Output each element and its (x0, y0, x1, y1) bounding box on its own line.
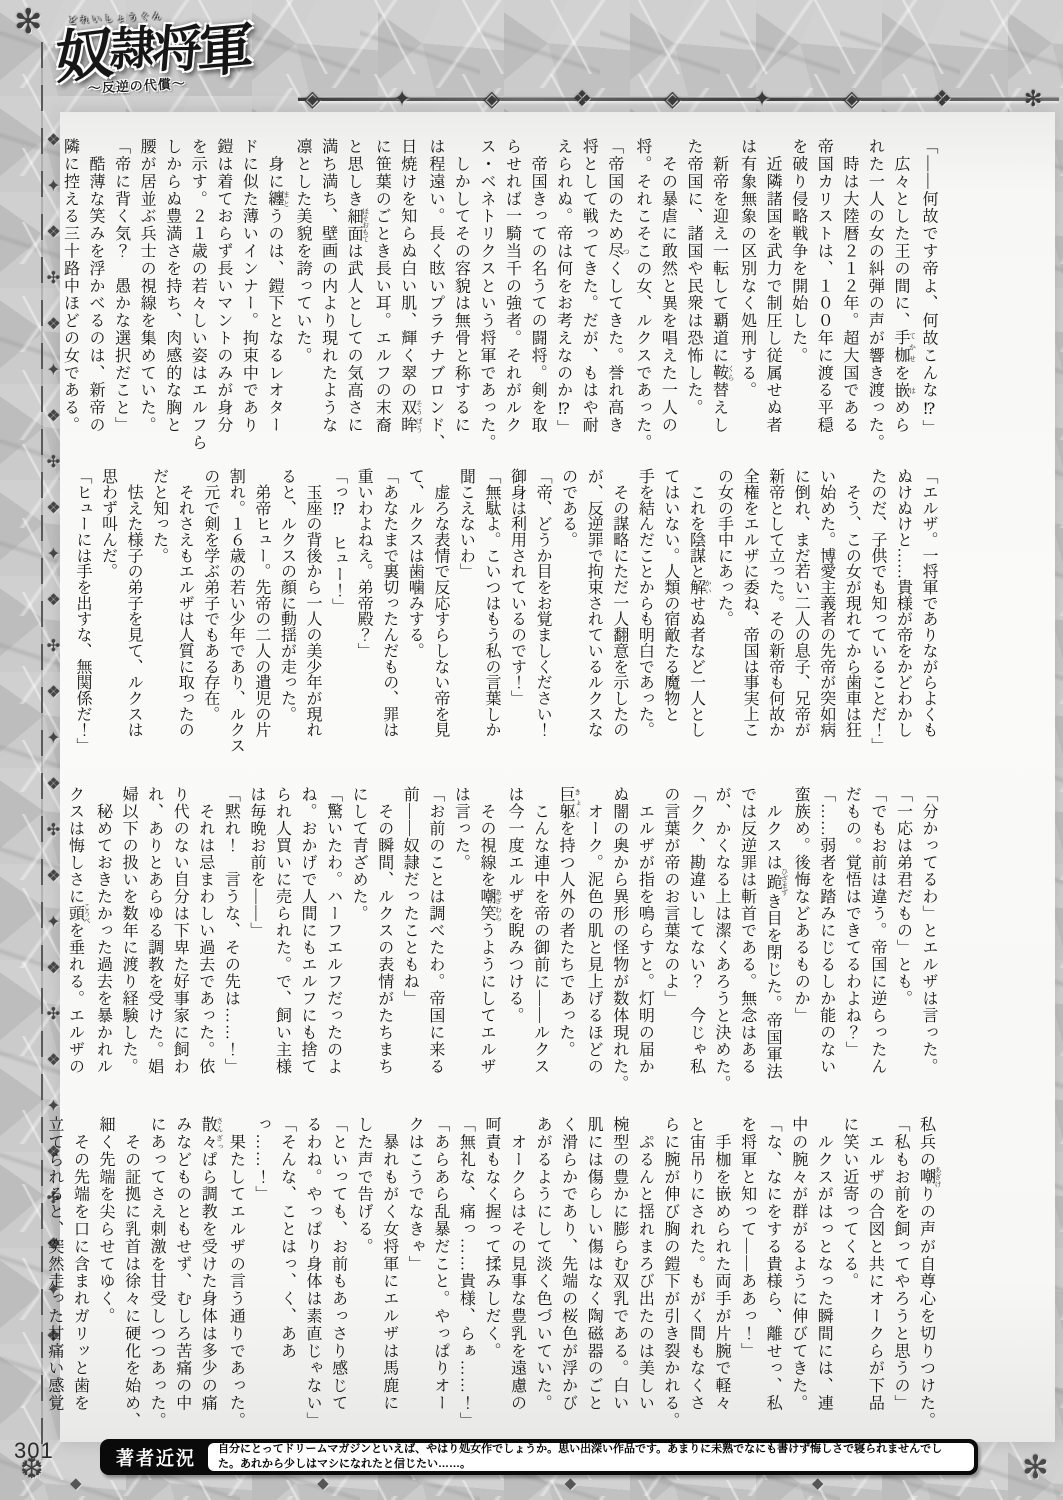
text-column: れた一人の女の糾弾の声が響き渡った。 (862, 138, 888, 452)
text-column: 暴れもがく女将軍にエルザは馬鹿に (376, 1116, 402, 1430)
text-column: に笹葉のごとき長い耳。エルフの末裔 (369, 138, 395, 452)
text-column: て、ルクスは歯噛みする。 (402, 468, 428, 755)
text-column: 手を結んだことからも明白であった。 (632, 468, 658, 755)
text-column: 満ち満ち、壁画の内より現れたような (315, 138, 341, 452)
text-column: に倒れ、まだ若い二人の息子、兄帝が (788, 468, 814, 755)
text-column: は有象無象の区別なく処刑する。 (734, 138, 760, 452)
text-column: みなどものともせず、むしろ苦痛の中 (169, 1116, 195, 1430)
series-logo: どれいしょうぐん 奴隷将軍 〜反逆の代償〜 (54, 2, 308, 99)
text-column: 「――何故です帝よ、何故こんな⁉」 (915, 138, 941, 452)
text-column: ね。おかげで人間にもエルフにも捨て (294, 786, 320, 1094)
text-column: 「無礼な、痛っ……貴様、らぁ……！」 (453, 1116, 479, 1430)
text-column: 「一応は弟君だもの」とも。 (890, 786, 916, 1094)
text-column: それさえもエルザは人質に取ったの (172, 468, 198, 755)
text-band-4: 私兵の嘲あざけりの声が自尊心を切りつけた。「私もお前を飼ってやろうと思うの」 エ… (72, 1116, 941, 1430)
text-column: 「帝に背く気？ 愚かな選択だこと」 (108, 138, 134, 452)
text-column: しかしてその容貌は無骨と称するに (448, 138, 474, 452)
text-column: ぷるんと揺れまろび出たのは美しい (632, 1116, 658, 1430)
text-column: 果たしてエルザの言う通りであった。 (223, 1116, 249, 1430)
text-column: り代のない自分は下卑た好事家に飼わ (167, 786, 193, 1094)
chain-glyphs-icon: ◈✦◈❖◈✦◈❖✻ (304, 86, 1063, 112)
text-column: 御身は利用されているのです！」 (504, 468, 530, 755)
text-column: その瞬間、ルクスの表情がたちまち (371, 786, 397, 1094)
text-column: では反逆罪は斬首である。無念はある (734, 786, 760, 1094)
text-column: オーク。泥色の肌と見上げるほどの (581, 786, 607, 1094)
text-column: 玉座の背後から一人の美少年が現れ (299, 468, 325, 755)
text-column: 近隣諸国を武力で制圧し従属せぬ者 (760, 138, 786, 452)
text-column: 全権をエルザに委ね、帝国は事実上こ (737, 468, 763, 755)
text-column: 思わず叫んだ。 (95, 468, 121, 755)
text-column: 腰が居並ぶ兵士の視線を集めていた。 (134, 138, 160, 452)
text-column: と思しき細面ほそおもては武人としての気高さに (341, 138, 369, 452)
text-column: 帝国カリストは、１００年に渡る平穏 (811, 138, 837, 452)
text-column: それは忌まわしい過去であった。依 (192, 786, 218, 1094)
text-column: 新帝として立った。その新帝も何故か (762, 468, 788, 755)
text-column: を示す。２１歳の若々しい姿はエルフら (185, 138, 211, 452)
text-column: 鎧は着ておらず長いマントのみが身分 (210, 138, 236, 452)
text-column: れ、ありとあらゆる調教を受けた。娼 (141, 786, 167, 1094)
text-column: 帝国きっての名うての闘将。剣を取 (525, 138, 551, 452)
text-column: その謀略にただ一人翻意を示したの (606, 468, 632, 755)
text-column: エルザが指を鳴らすと。灯明の届か (632, 786, 658, 1094)
text-column: しからぬ豊満さを持ち、肉感的な胸と (159, 138, 185, 452)
text-column: の言葉が帝のお言葉なのよ」 (657, 786, 683, 1094)
text-column: ぬけぬけと……貴様が帝をかどわかし (890, 468, 916, 755)
text-column: は程遠い。長く眩いプラチナブロンド、 (422, 138, 448, 452)
text-column: の女の手中にあった。 (711, 468, 737, 755)
text-column: 怯えた様子の弟子を見て、ルクスは (121, 468, 147, 755)
text-column: 「あなたまで裏切ったんだもの、罪は (376, 468, 402, 755)
text-column: ルクスがはっとなった瞬間には、連 (811, 1116, 837, 1430)
text-column: 中の腕々が群がるように伸びてきた。 (785, 1116, 811, 1430)
text-column: 細く先端を尖らせてゆく。 (92, 1116, 118, 1430)
text-column: 「クク、勘違いしてない？ 今じゃ私 (683, 786, 709, 1094)
text-column: が、かくなる上は潔くあろうと決めた。 (708, 786, 734, 1094)
text-column: その先端を口に含まれガリッと歯を (67, 1116, 93, 1430)
text-column: の元で剣を学ぶ弟子でもある存在。 (197, 468, 223, 755)
text-column: 私兵の嘲あざけりの声が自尊心を切りつけた。 (913, 1116, 941, 1430)
text-column: 隣に控える三十路中ほどの女である。 (57, 138, 83, 452)
text-column: クスは悔しさに頭こうべを垂れる。エルザの (62, 786, 90, 1094)
text-column: 巨躯きょくを持つ人外の者たちであった。 (553, 786, 581, 1094)
text-column: だもの。覚悟はできてるわよね？」 (839, 786, 865, 1094)
bottom-border-ornament-icon: ◆ ◆ ◆ ◆ ◆ ◆ ◆ (70, 1472, 1063, 1496)
text-column: 「エルザ。一将軍でありながらよくも (915, 468, 941, 755)
author-note-bar: 著者近況 自分にとってドリームマガジンといえば、やはり処女作でしょうか。思い出深… (100, 1439, 978, 1475)
text-column: 肌には傷らしい傷はなく陶磁器のごと (581, 1116, 607, 1430)
text-column: あがるようにして淡く色づいていた。 (530, 1116, 556, 1430)
text-column: 呵責もなく握って揉みしだく。 (478, 1116, 504, 1430)
text-column: らせれば一騎当千の強者。それがルク (499, 138, 525, 452)
text-column: 「といっても、お前もあっさり感じて (325, 1116, 351, 1430)
text-column: 前――奴隷だったこともね」 (397, 786, 423, 1094)
text-column: のである。 (555, 468, 581, 755)
text-column: 秘めておきたかった過去を暴かれル (90, 786, 116, 1094)
text-column: 散々さんざっぱら調教を受けた身体は多少の痛 (195, 1116, 223, 1430)
text-column: その視線を嘲笑あざわらうようにしてエルザ (473, 786, 501, 1094)
text-column: 「お前のことは調べたわ。帝国に来る (422, 786, 448, 1094)
text-column: えられぬ。帝は何をお考えなのか⁉」 (550, 138, 576, 452)
text-column: 立てられると、突然走った甘痛い感覚 (41, 1116, 67, 1430)
text-band-2: 「エルザ。一将軍でありながらよくもぬけぬけと……貴様が帝をかどわかしたのだ、子供… (72, 468, 941, 755)
text-column: らに腕が伸び胸の鎧下が引き裂かれる。 (657, 1116, 683, 1430)
text-column: 時は大陸暦２１２年。超大国である (836, 138, 862, 452)
text-column: 蛮族め。後悔などあるものか」 (788, 786, 814, 1094)
snowflake-ornament-icon: ✻ (1022, 1448, 1049, 1486)
text-column: は毎晩お前を――」 (243, 786, 269, 1094)
text-column: その証拠に乳首は徐々に硬化を始め、 (118, 1116, 144, 1430)
top-border-ornament-icon: ◈✦◈❖◈✦◈❖✻ (298, 86, 1059, 112)
text-column: ると、ルクスの顔に動揺が走った。 (274, 468, 300, 755)
text-column: 将。それこそこの女、ルクスであった。 (629, 138, 655, 452)
text-column: く滑らかであり、先端の桜色が浮かび (555, 1116, 581, 1430)
text-column: 新帝を迎え一転して覇道に鞍くら替えし (706, 138, 734, 452)
author-note-box: 自分にとってドリームマガジンといえば、やはり処女作でしょうか。思い出深い作品です… (208, 1443, 974, 1471)
text-column: 「……弱者を踏みにじるしか能のない (813, 786, 839, 1094)
text-column: 「ヒューには手を出すな、無関係だ！」 (69, 468, 95, 755)
text-column: てはいない。人類の宿敵たる魔物と (657, 468, 683, 755)
text-column: に笑い近寄ってくる。 (836, 1116, 862, 1430)
text-column: 婦以下の扱いを数年に渡り経験した。 (116, 786, 142, 1094)
text-column: 「っ⁉ ヒュー！」 (325, 468, 351, 755)
text-column: 日焼けを知らぬ白い肌、輝く翠の双眸そうぼう (394, 138, 422, 452)
text-column: 「な、なにをする貴様ら、離せっ、私 (760, 1116, 786, 1430)
text-column: 「黙れ！ 言うな、その先は……！」 (218, 786, 244, 1094)
text-column: 「分かってるわ」とエルザは言った。 (915, 786, 941, 1094)
text-column: 重いわよねえ。弟帝殿？」 (351, 468, 377, 755)
author-note-text: 自分にとってドリームマガジンといえば、やはり処女作でしょうか。思い出深い作品です… (208, 1442, 974, 1472)
text-column: 弟帝ヒュー。先帝の二人の遺児の片 (248, 468, 274, 755)
text-column: は言った。 (448, 786, 474, 1094)
text-column: エルザの合図と共にオークらが下品 (862, 1116, 888, 1430)
text-column: ス・ベネトリクスという将軍であった。 (473, 138, 499, 452)
text-column: を破り侵略戦争を開始した。 (785, 138, 811, 452)
text-column: 「あらあら乱暴だこと。やっぱりオー (427, 1116, 453, 1430)
text-column: した声で告げる。 (351, 1116, 377, 1430)
text-column: 将として戦ってきた。だが、もはや耐 (576, 138, 602, 452)
author-note-label: 著者近況 (100, 1443, 208, 1470)
text-column: るわね。やっぱり身体は素直じゃない」 (299, 1116, 325, 1430)
text-column: が、反逆罪で拘束されているルクスな (581, 468, 607, 755)
text-column: そう、この女が現れてから歯車は狂 (839, 468, 865, 755)
text-band-3: 「分かってるわ」とエルザは言った。「一応は弟君だもの」とも。「でもお前は違う。帝… (72, 786, 941, 1094)
text-column: 凛とした美貌を誇っていた。 (289, 138, 315, 452)
text-column: と宙吊りにされた。もがく間もなくさ (683, 1116, 709, 1430)
text-column: ルクスは跪ひざまずき目を閉じた。帝国軍法 (760, 786, 788, 1094)
text-column: 手枷を嵌められた両手が片腕で軽々 (708, 1116, 734, 1430)
text-column: 虚ろな表情で反応すらしない帝を見 (427, 468, 453, 755)
text-column: 「そんな、ことはっ、く、ああっ……！」 (248, 1116, 299, 1430)
text-column: クはこうでなきゃ」 (402, 1116, 428, 1430)
text-column: その暴虐に敢然と異を唱えた一人の (655, 138, 681, 452)
page-number: 301 (14, 1438, 54, 1464)
text-column: 「でもお前は違う。帝国に逆らったん (864, 786, 890, 1094)
text-column: これを陰謀と解かいせぬ者など一人とし (683, 468, 711, 755)
text-column: ドに似た薄いインナー。拘束中であり (236, 138, 262, 452)
text-column: た帝国に、諸国や民衆は恐怖した。 (680, 138, 706, 452)
text-column: 「驚いたわ。ハーフエルフだったのよ (320, 786, 346, 1094)
text-column: 聞こえないわ」 (453, 468, 479, 755)
text-column: を将軍と知って――ああっ！」 (734, 1116, 760, 1430)
text-column: ぬ闇の奥から異形の怪物が数体現れた。 (606, 786, 632, 1094)
text-column: 広々とした王の間に、手枷てかせを嵌はめら (887, 138, 915, 452)
text-column: 「私もお前を飼ってやろうと思うの」 (887, 1116, 913, 1430)
text-column: たのだ、子供でも知っていることだ！」 (864, 468, 890, 755)
text-column: られ人買いに売られた。で、飼い主様 (269, 786, 295, 1094)
text-column: 「帝、どうか目をお覚ましください！ (530, 468, 556, 755)
text-column: だと知った。 (146, 468, 172, 755)
text-column: 「無駄よ。こいつはもう私の言葉しか (478, 468, 504, 755)
snowflake-ornament-icon: ✻ (14, 2, 43, 42)
text-column: い始めた。博愛主義者の先帝が突如病 (813, 468, 839, 755)
text-column: は今一度エルザを睨みつける。 (501, 786, 527, 1094)
text-column: 身に纏まとうのは、鎧下となるレオター (261, 138, 289, 452)
text-column: オークらはその見事な豊乳を遠慮の (504, 1116, 530, 1430)
text-column: にして青ざめた。 (346, 786, 372, 1094)
text-column: こんな連中を帝の御前に――ルクス (527, 786, 553, 1094)
novel-page: ✻ ❖✦❖✣❖✦❖✣❖✦❖✣❖✦❖✣❖✦❖✣❖✦❖✣❖✦❖ ◈✦◈❖◈✦◈❖✻ … (0, 0, 1063, 1500)
text-column: にあってさえ刺激を甘受しつつあった。 (144, 1116, 170, 1430)
text-column: 椀型の豊かに膨らむ双乳である。白い (606, 1116, 632, 1430)
text-column: 酷薄な笑みを浮かべるのは、新帝の (82, 138, 108, 452)
text-band-1: 「――何故です帝よ、何故こんな⁉」 広々とした王の間に、手枷てかせを嵌はめられた… (72, 138, 941, 452)
text-column: 「帝国のため尽つくしてきた。誉れ高き (601, 138, 629, 452)
text-column: 割れ。１６歳の若い少年であり、ルクス (223, 468, 249, 755)
